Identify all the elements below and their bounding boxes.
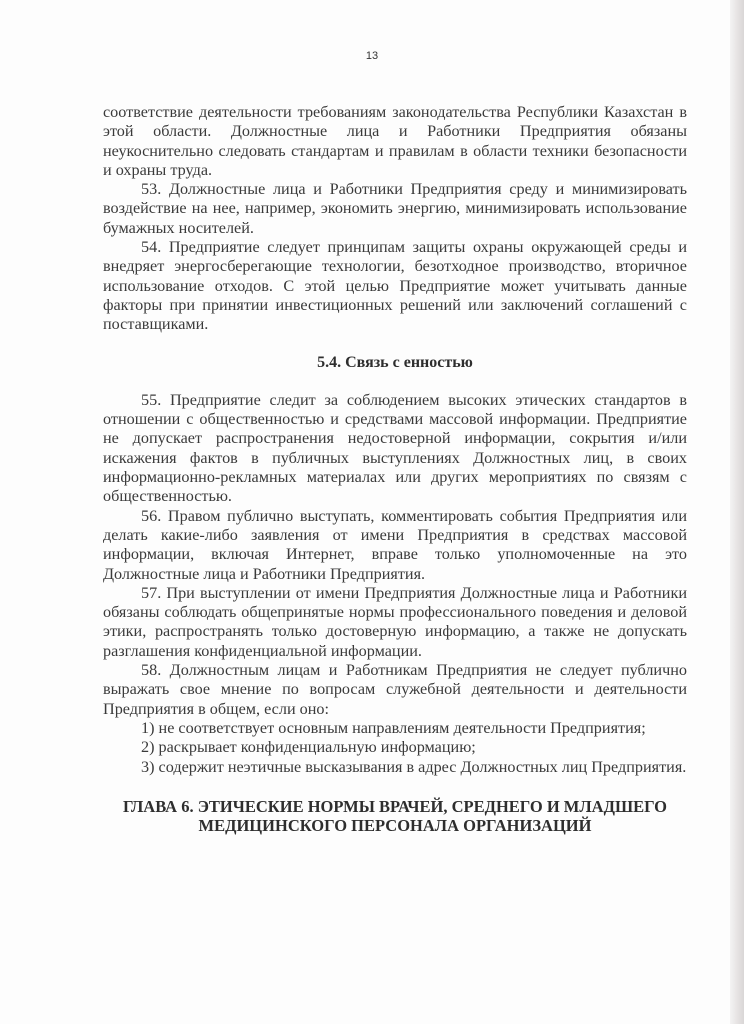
paragraph-54: 54. Предприятие следует принципам защиты… [103,238,687,334]
chapter-heading: ГЛАВА 6. ЭТИЧЕСКИЕ НОРМЫ ВРАЧЕЙ, СРЕДНЕГ… [99,797,691,835]
list-item-3: 3) содержит неэтичные высказывания в адр… [103,758,687,777]
paragraph-55: 55. Предприятие следит за соблюдением вы… [103,391,687,507]
paragraph-57: 57. При выступлении от имени Предприятия… [103,584,687,661]
list-item-2: 2) раскрывает конфиденциальную информаци… [103,738,687,757]
paragraph-53: 53. Должностные лица и Работники Предпри… [103,180,687,238]
paragraph-56: 56. Правом публично выступать, комментир… [103,507,687,584]
page-number: 13 [0,50,744,62]
paragraph-continued: соответствие деятельности требованиям за… [103,103,687,180]
document-body: соответствие деятельности требованиям за… [103,103,687,835]
section-heading: 5.4. Связь с енностью [103,353,687,372]
list-item-1: 1) не соответствует основным направления… [103,719,687,738]
paragraph-58: 58. Должностным лицам и Работникам Предп… [103,661,687,719]
scanned-page-edge [730,0,744,1024]
chapter-heading-line-1: ГЛАВА 6. ЭТИЧЕСКИЕ НОРМЫ ВРАЧЕЙ, СРЕДНЕГ… [99,797,691,816]
chapter-heading-line-2: МЕДИЦИНСКОГО ПЕРСОНАЛА ОРГАНИЗАЦИЙ [99,816,691,835]
